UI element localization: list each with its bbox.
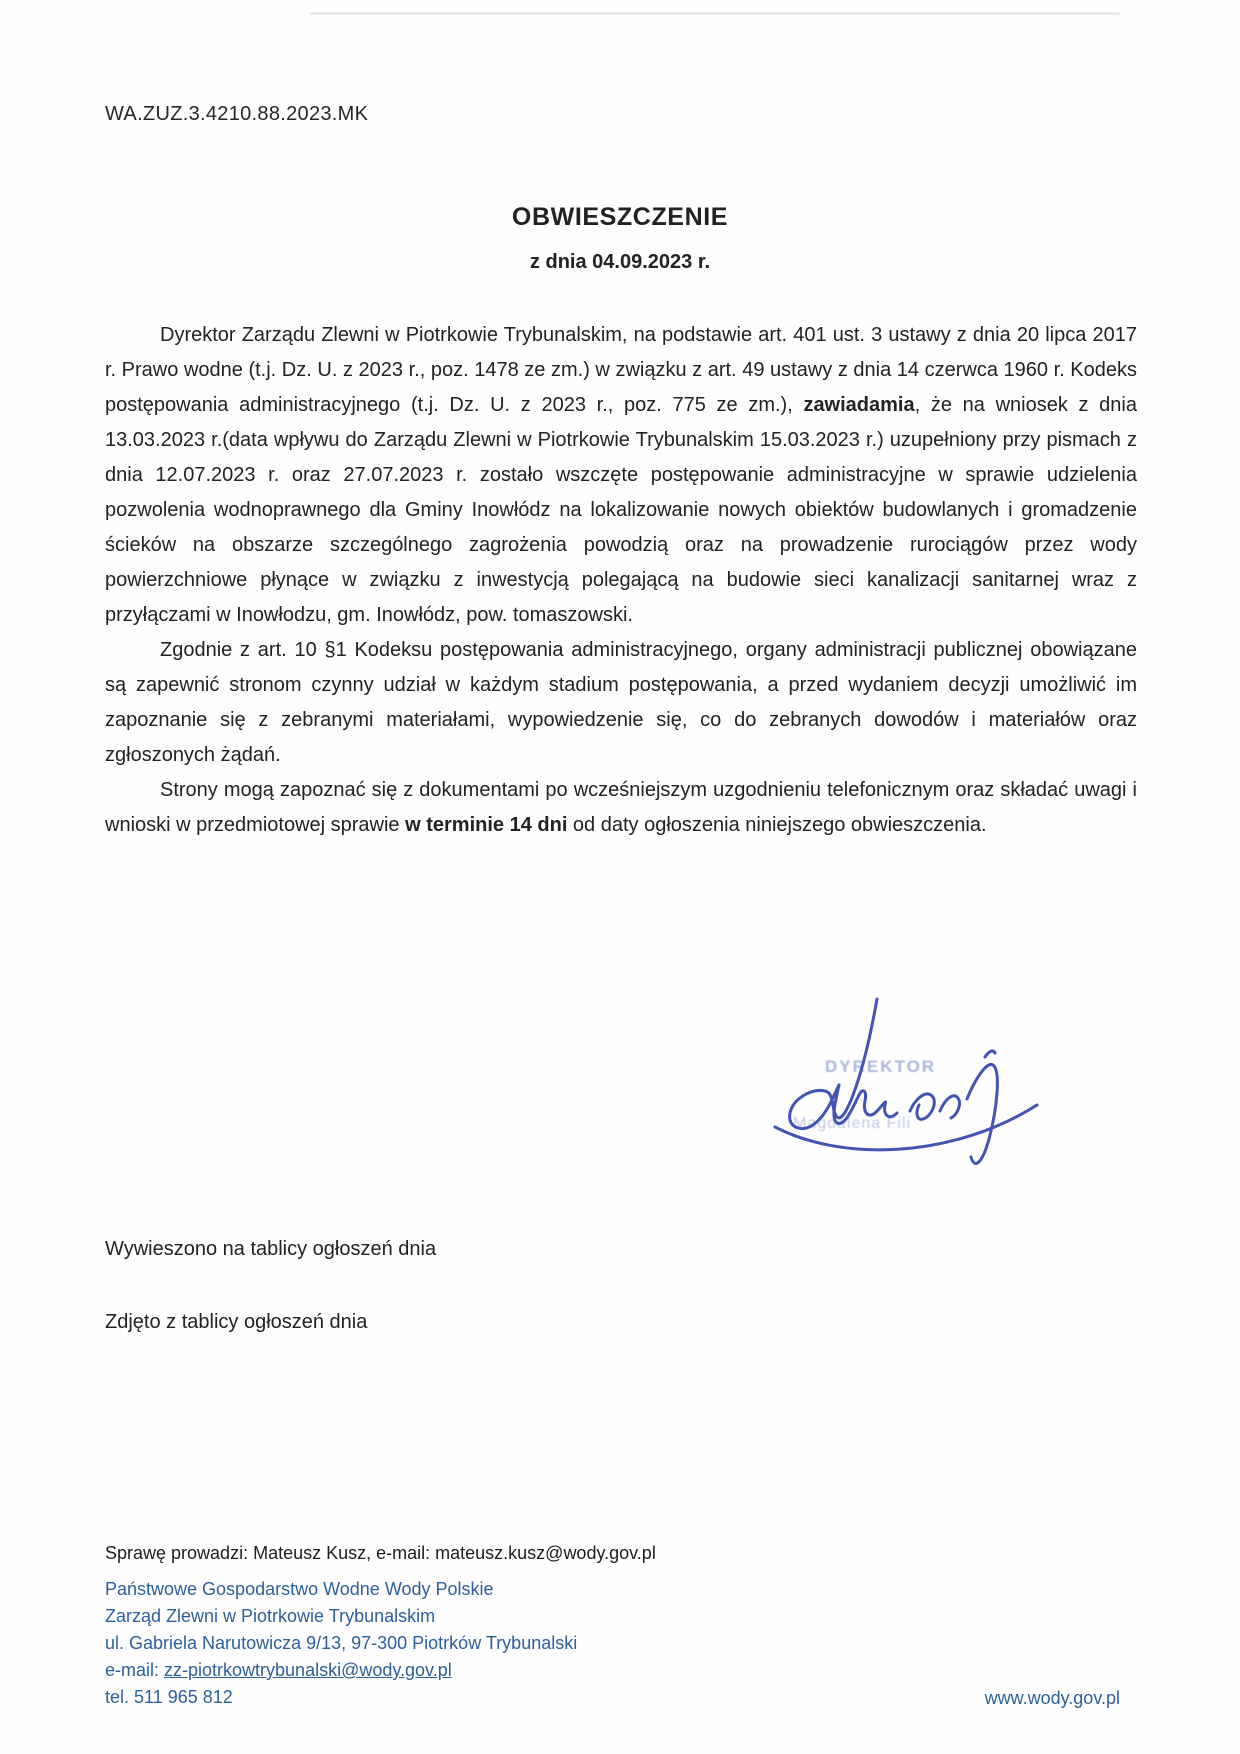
email-address: zz-piotrkowtrybunalski@wody.gov.pl [164, 1660, 452, 1680]
document-date: z dnia 04.09.2023 r. [0, 251, 1240, 274]
text-segment: Zgodnie z art. 10 §1 Kodeksu postępowani… [105, 639, 1137, 766]
signature-block: DYREKTOR Magdalena Fili [735, 995, 1065, 1185]
organization-name: Państwowe Gospodarstwo Wodne Wody Polski… [105, 1576, 1135, 1603]
organization-phone: tel. 511 965 812 [105, 1684, 1135, 1711]
handwritten-signature-icon [735, 995, 1065, 1185]
organization-block: Państwowe Gospodarstwo Wodne Wody Polski… [105, 1576, 1135, 1711]
document-body: Dyrektor Zarządu Zlewni w Piotrkowie Try… [105, 318, 1137, 843]
bold-text-segment: zawiadamia [803, 394, 914, 416]
text-segment: od daty ogłoszenia niniejszego obwieszcz… [567, 814, 986, 836]
posted-on-board-line: Wywieszono na tablicy ogłoszeń dnia [105, 1238, 436, 1261]
scan-artifact-streak [310, 12, 1120, 15]
body-paragraph: Dyrektor Zarządu Zlewni w Piotrkowie Try… [105, 318, 1137, 633]
removed-from-board-line: Zdjęto z tablicy ogłoszeń dnia [105, 1311, 367, 1334]
footer: Sprawę prowadzi: Mateusz Kusz, e-mail: m… [105, 1543, 1135, 1711]
document-page: WA.ZUZ.3.4210.88.2023.MK OBWIESZCZENIE z… [0, 0, 1240, 1754]
reference-number: WA.ZUZ.3.4210.88.2023.MK [105, 103, 368, 126]
email-label: e-mail: [105, 1660, 164, 1680]
organization-email-line: e-mail: zz-piotrkowtrybunalski@wody.gov.… [105, 1657, 1135, 1684]
organization-address: ul. Gabriela Narutowicza 9/13, 97-300 Pi… [105, 1630, 1135, 1657]
case-officer-line: Sprawę prowadzi: Mateusz Kusz, e-mail: m… [105, 1543, 1135, 1564]
document-title: OBWIESZCZENIE [0, 203, 1240, 232]
bold-text-segment: w terminie 14 dni [405, 814, 567, 836]
website-url: www.wody.gov.pl [985, 1688, 1120, 1709]
text-segment: , że na wniosek z dnia 13.03.2023 r.(dat… [105, 394, 1137, 626]
body-paragraph: Strony mogą zapoznać się z dokumentami p… [105, 773, 1137, 843]
body-paragraph: Zgodnie z art. 10 §1 Kodeksu postępowani… [105, 633, 1137, 773]
organization-unit: Zarząd Zlewni w Piotrkowie Trybunalskim [105, 1603, 1135, 1630]
